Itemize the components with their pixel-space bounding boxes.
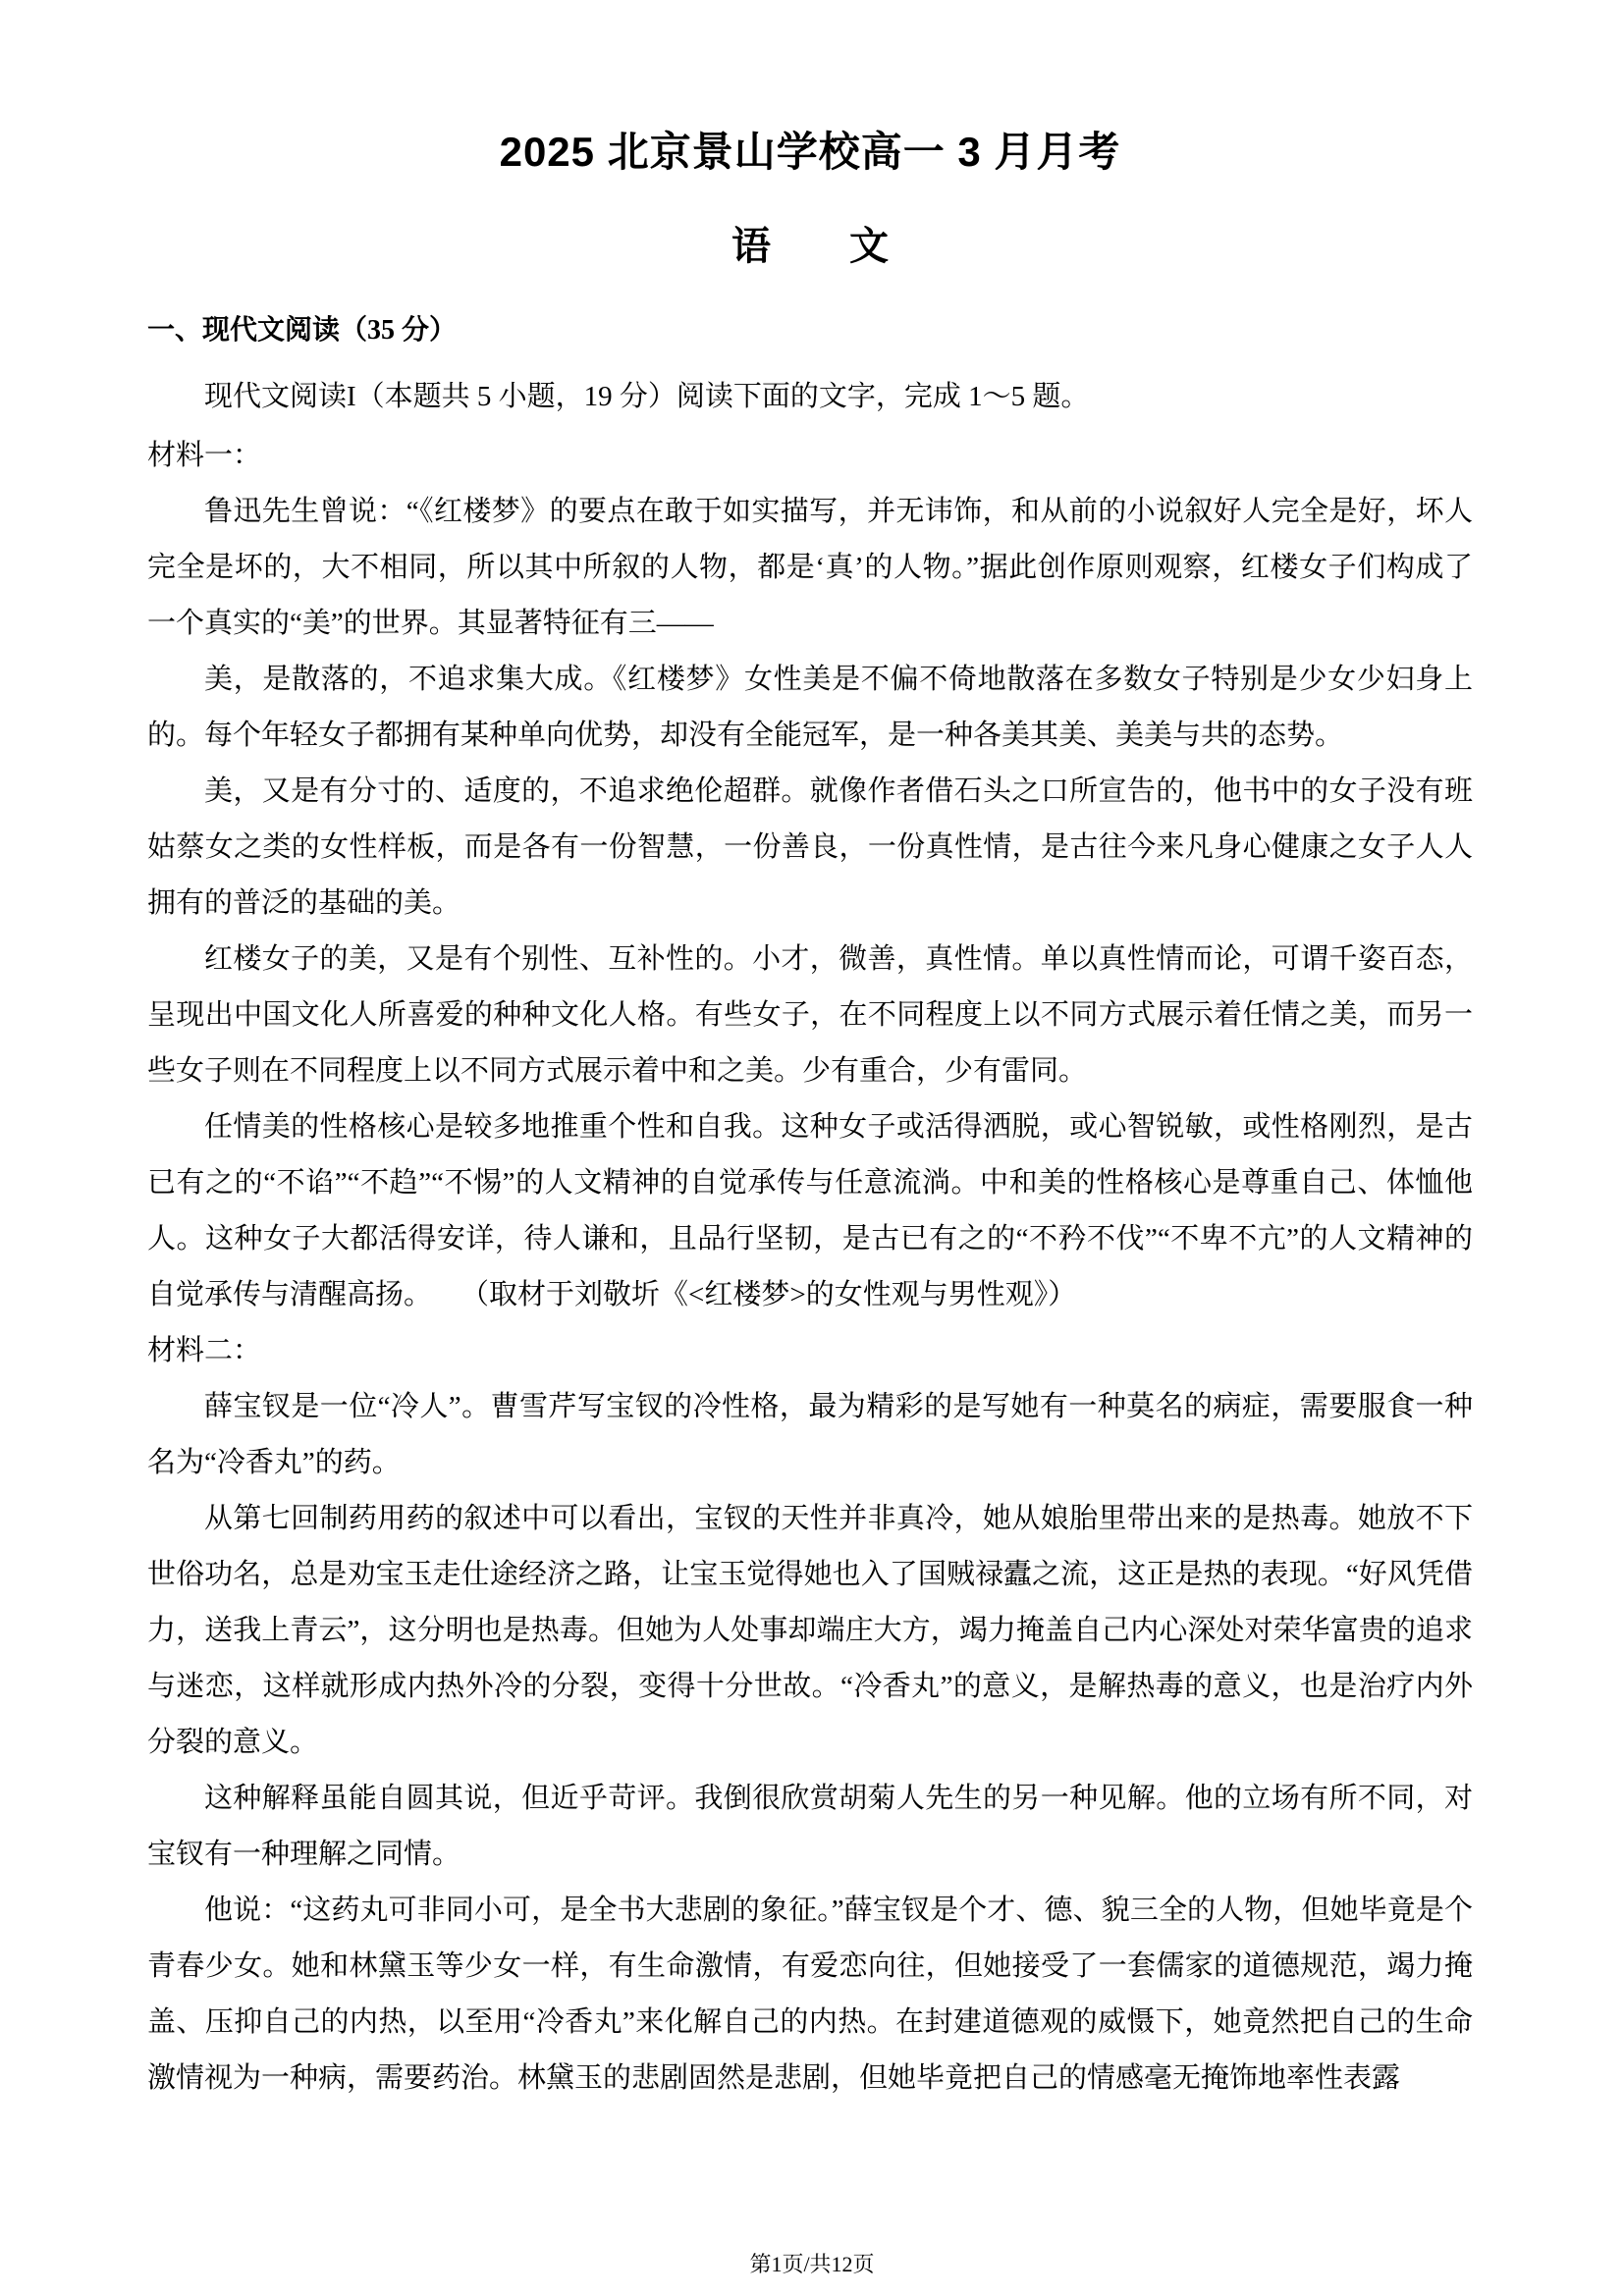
- material-1-label: 材料一：: [147, 428, 1473, 484]
- exam-page: 2025 北京景山学校高一 3 月月考 语 文 一、现代文阅读（35 分） 现代…: [0, 0, 1624, 2296]
- material-1-paragraph: 鲁迅先生曾说：“《红楼梦》的要点在敢于如实描写，并无讳饰，和从前的小说叙好人完全…: [147, 484, 1473, 652]
- material-1-paragraph: 任情美的性格核心是较多地推重个性和自我。这种女子或活得洒脱，或心智锐敏，或性格刚…: [147, 1099, 1473, 1323]
- page-footer: 第1页/共12页: [0, 2250, 1624, 2279]
- doc-title: 2025 北京景山学校高一 3 月月考: [147, 0, 1473, 175]
- document-body: 材料一： 鲁迅先生曾说：“《红楼梦》的要点在敢于如实描写，并无讳饰，和从前的小说…: [147, 428, 1473, 2107]
- doc-subject: 语 文: [147, 224, 1473, 269]
- material-1-paragraph: 美，是散落的，不追求集大成。《红楼梦》女性美是不偏不倚地散落在多数女子特别是少女…: [147, 652, 1473, 764]
- section-heading: 一、现代文阅读（35 分）: [147, 312, 1473, 349]
- material-2-paragraph: 他说：“这药丸可非同小可，是全书大悲剧的象征。”薛宝钗是个才、德、貌三全的人物，…: [147, 1883, 1473, 2107]
- material-1-paragraph: 红楼女子的美，又是有个别性、互补性的。小才，微善，真性情。单以真性情而论，可谓千…: [147, 932, 1473, 1099]
- reading-intro: 现代文阅读I（本题共 5 小题，19 分）阅读下面的文字，完成 1～5 题。: [147, 377, 1473, 416]
- material-2-paragraph: 从第七回制药用药的叙述中可以看出，宝钗的天性并非真冷，她从娘胎里带出来的是热毒。…: [147, 1491, 1473, 1771]
- material-2-paragraph: 这种解释虽能自圆其说，但近乎苛评。我倒很欣赏胡菊人先生的另一种见解。他的立场有所…: [147, 1771, 1473, 1883]
- material-1-paragraph: 美，又是有分寸的、适度的，不追求绝伦超群。就像作者借石头之口所宣告的，他书中的女…: [147, 764, 1473, 932]
- material-2-paragraph: 薛宝钗是一位“冷人”。曹雪芹写宝钗的冷性格，最为精彩的是写她有一种莫名的病症，需…: [147, 1379, 1473, 1491]
- material-2-label: 材料二：: [147, 1323, 1473, 1379]
